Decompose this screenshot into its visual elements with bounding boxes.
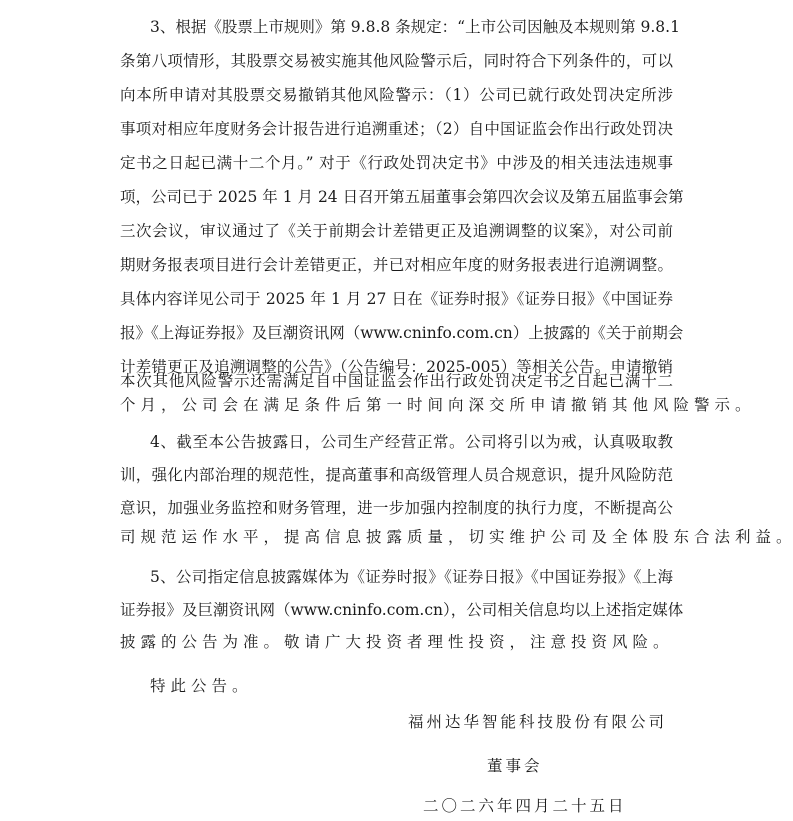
paragraph-line: 定书之日起已满十二个月。” 对于《行政处罚决定书》中涉及的相关违法违规事 [120, 151, 673, 175]
paragraph-line: 条第八项情形，其股票交易被实施其他风险警示后，同时符合下列条件的，可以 [120, 49, 673, 73]
paragraph-line: 披露的公告为准。敬请广大投资者理性投资，注意投资风险。 [120, 630, 673, 654]
paragraph-line: 司规范运作水平，提高信息披露质量，切实维护公司及全体股东合法利益。 [120, 525, 673, 549]
paragraph-line: 期财务报表项目进行会计差错更正，并已对相应年度的财务报表进行追溯调整。 [120, 253, 673, 277]
paragraph-line: 本次其他风险警示还需满足自中国证监会作出行政处罚决定书之日起已满十二 [120, 369, 673, 393]
paragraph-line: 项，公司已于 2025 年 1 月 24 日召开第五届董事会第四次会议及第五届监… [120, 185, 673, 209]
paragraph-line: 报》《上海证券报》及巨潮资讯网（www.cninfo.com.cn）上披露的《关… [120, 321, 673, 345]
paragraph-line: 训，强化内部治理的规范性，提高董事和高级管理人员合规意识，提升风险防范 [120, 463, 673, 487]
paragraph-line: 事项对相应年度财务会计报告进行追溯重述；（2）自中国证监会作出行政处罚决 [120, 117, 673, 141]
paragraph-line: 5、公司指定信息披露媒体为《证券时报》《证券日报》《中国证券报》《上海 [150, 565, 673, 589]
paragraph-line: 4、截至本公告披露日，公司生产经营正常。公司将引以为戒，认真吸取教 [150, 430, 673, 454]
document-page: 3、根据《股票上市规则》第 9.8.8 条规定：“上市公司因触及本规则第 9.8… [0, 0, 793, 821]
paragraph-line: 证券报》及巨潮资讯网（www.cninfo.com.cn），公司相关信息均以上述… [120, 598, 673, 622]
signature-board: 董事会 [487, 754, 543, 778]
signature-date: 二〇二六年四月二十五日 [423, 794, 627, 818]
paragraph-line: 意识，加强业务监控和财务管理，进一步加强内控制度的执行力度，不断提高公 [120, 496, 673, 520]
paragraph-line: 向本所申请对其股票交易撤销其他风险警示：（1）公司已就行政处罚决定所涉 [120, 83, 673, 107]
paragraph-line: 3、根据《股票上市规则》第 9.8.8 条规定：“上市公司因触及本规则第 9.8… [150, 15, 673, 39]
paragraph-line: 个月，公司会在满足条件后第一时间向深交所申请撤销其他风险警示。 [120, 393, 673, 417]
closing-statement: 特此公告。 [150, 674, 673, 698]
signature-company: 福州达华智能科技股份有限公司 [408, 710, 667, 734]
paragraph-line: 三次会议，审议通过了《关于前期会计差错更正及追溯调整的议案》，对公司前 [120, 219, 673, 243]
paragraph-line: 具体内容详见公司于 2025 年 1 月 27 日在《证券时报》《证券日报》《中… [120, 287, 673, 311]
